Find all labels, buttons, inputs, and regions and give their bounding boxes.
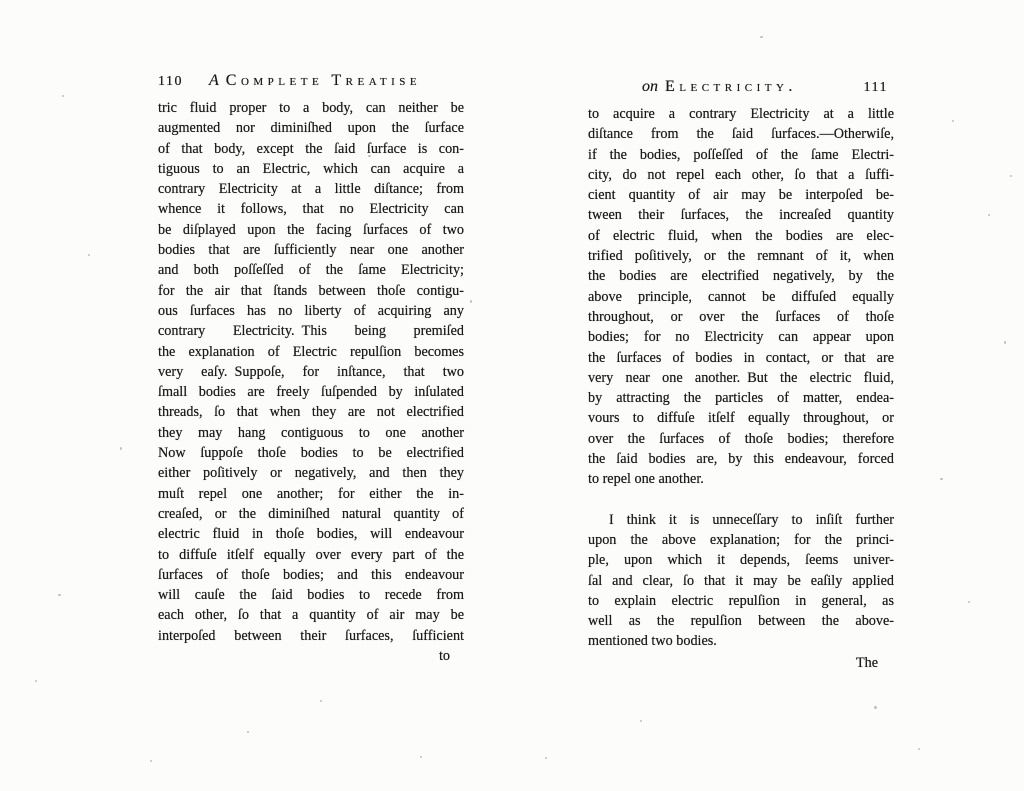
ink-speck xyxy=(874,706,877,709)
ink-speck xyxy=(952,120,954,122)
text-line: if the bodies, poſſeſſed of the ſame Ele… xyxy=(588,145,894,165)
text-line: interpoſed between their ſurfaces, ſuffi… xyxy=(158,626,464,646)
text-line: muſt repel one another; for either the i… xyxy=(158,484,464,504)
text-line: ſal and clear, ſo that it may be eaſily … xyxy=(588,571,894,591)
text-line: to repel one another. xyxy=(588,469,894,489)
right-page-number: 111 xyxy=(864,80,888,96)
text-line: the bodies are electrified negatively, b… xyxy=(588,266,894,286)
ink-speck xyxy=(368,155,371,157)
text-line: for the air that ſtands between thoſe co… xyxy=(158,281,464,301)
left-running-title: AComplete Treatise xyxy=(209,72,421,90)
running-title-text: Electricity. xyxy=(665,78,797,95)
ink-speck xyxy=(968,601,970,603)
text-line: ous ſurfaces has no liberty of acquiring… xyxy=(158,301,464,321)
text-line: each other, ſo that a quantity of air ma… xyxy=(158,605,464,625)
text-line: by attracting the particles of matter, e… xyxy=(588,388,894,408)
text-line: I think it is unneceſſary to inſiſt furt… xyxy=(588,510,894,530)
text-line: over the ſurfaces of thoſe bodies; there… xyxy=(588,429,894,449)
text-line: threads, ſo that when they are not elect… xyxy=(158,402,464,422)
text-line: throughout, or over the ſurfaces of thoſ… xyxy=(588,307,894,327)
text-line: very near one another. But the electric … xyxy=(588,368,894,388)
text-line: contrary Electricity at a little diſtanc… xyxy=(158,179,464,199)
left-page: 110 AComplete Treatise tric fluid proper… xyxy=(158,72,464,666)
ink-speck xyxy=(62,95,64,97)
text-line: the ſurfaces of bodies in contact, or th… xyxy=(588,348,894,368)
text-line: and both poſſeſſed of the ſame Electrici… xyxy=(158,260,464,280)
paragraph: tric fluid proper to a body, can neither… xyxy=(158,98,464,646)
paragraph: I think it is unneceſſary to inſiſt furt… xyxy=(588,510,894,652)
running-title-text: Complete Treatise xyxy=(226,72,421,89)
right-running-title: onElectricity. xyxy=(642,78,797,96)
text-line: city, do not repel each other, ſo that a… xyxy=(588,165,894,185)
ink-speck xyxy=(988,214,990,216)
text-line: to acquire a contrary Electricity at a l… xyxy=(588,104,894,124)
text-line: to diffuſe itſelf equally over every par… xyxy=(158,545,464,565)
text-line: of electric fluid, when the bodies are e… xyxy=(588,226,894,246)
ink-speck xyxy=(320,700,322,702)
book-scan: 110 AComplete Treatise tric fluid proper… xyxy=(0,0,1024,791)
text-line: ple, upon which it depends, ſeems univer… xyxy=(588,550,894,570)
text-line: very eaſy. Suppoſe, for inſtance, that t… xyxy=(158,362,464,382)
left-text-column: tric fluid proper to a body, can neither… xyxy=(158,98,464,646)
text-line: to explain electric repulſion in general… xyxy=(588,591,894,611)
ink-speck xyxy=(1004,341,1006,344)
ink-speck xyxy=(470,300,472,303)
text-line: the explanation of Electric repulſion be… xyxy=(158,342,464,362)
ink-speck xyxy=(1010,175,1012,177)
ink-speck xyxy=(88,254,90,256)
text-line: tween their ſurfaces, the increaſed quan… xyxy=(588,205,894,225)
text-line: contrary Electricity. This being premiſe… xyxy=(158,321,464,341)
ink-speck xyxy=(58,594,61,596)
text-line: cient quantity of air may be interpoſed … xyxy=(588,185,894,205)
ink-speck xyxy=(640,720,642,722)
text-line: augmented nor diminiſhed upon the ſurfac… xyxy=(158,118,464,138)
text-line: well as the repulſion between the above- xyxy=(588,611,894,631)
left-page-header: 110 AComplete Treatise xyxy=(158,72,464,90)
text-line: bodies that are ſufficiently near one an… xyxy=(158,240,464,260)
ink-speck xyxy=(247,731,249,733)
running-title-prefix: on xyxy=(642,78,658,95)
text-line: above principle, cannot be diffuſed equa… xyxy=(588,287,894,307)
ink-speck xyxy=(940,478,943,480)
text-line: tric fluid proper to a body, can neither… xyxy=(158,98,464,118)
text-line: mentioned two bodies. xyxy=(588,631,894,651)
text-line: tiguous to an Electric, which can acquir… xyxy=(158,159,464,179)
ink-speck xyxy=(918,748,920,750)
text-line: be diſplayed upon the facing ſurfaces of… xyxy=(158,220,464,240)
text-line: ſmall bodies are freely ſuſpended by inſ… xyxy=(158,382,464,402)
text-line: will cauſe the ſaid bodies to recede fro… xyxy=(158,585,464,605)
text-line: ſurfaces of thoſe bodies; and this endea… xyxy=(158,565,464,585)
text-line: Now ſuppoſe thoſe bodies to be electrifi… xyxy=(158,443,464,463)
right-catchword: The xyxy=(588,653,894,673)
right-text-column: to acquire a contrary Electricity at a l… xyxy=(588,104,894,652)
ink-speck xyxy=(150,760,152,762)
text-line: trified poſitively, or the remnant of it… xyxy=(588,246,894,266)
paragraph: to acquire a contrary Electricity at a l… xyxy=(588,104,894,490)
text-line: whence it follows, that no Electricity c… xyxy=(158,199,464,219)
ink-speck xyxy=(760,36,763,38)
ink-speck xyxy=(420,756,422,758)
right-page: onElectricity. 111 to acquire a contrary… xyxy=(588,78,894,673)
text-line: they may hang contiguous to one another xyxy=(158,423,464,443)
left-page-number: 110 xyxy=(158,74,183,90)
text-line: the ſaid bodies are, by this endeavour, … xyxy=(588,449,894,469)
right-page-header: onElectricity. 111 xyxy=(588,78,894,96)
text-line: electric fluid in thoſe bodies, will end… xyxy=(158,524,464,544)
text-line: upon the above explanation; for the prin… xyxy=(588,530,894,550)
text-line: vours to diffuſe itſelf equally througho… xyxy=(588,408,894,428)
text-line: either poſitively or negatively, and the… xyxy=(158,463,464,483)
running-title-article: A xyxy=(209,72,219,89)
text-line: creaſed, or the diminiſhed natural quant… xyxy=(158,504,464,524)
left-catchword: to xyxy=(158,646,464,666)
text-line: diſtance from the ſaid ſurfaces.—Otherwi… xyxy=(588,124,894,144)
ink-speck xyxy=(120,447,122,450)
text-line: of that body, except the ſaid ſurface is… xyxy=(158,139,464,159)
ink-speck xyxy=(545,757,547,759)
text-line: bodies; for no Electricity can appear up… xyxy=(588,327,894,347)
ink-speck xyxy=(35,680,37,682)
